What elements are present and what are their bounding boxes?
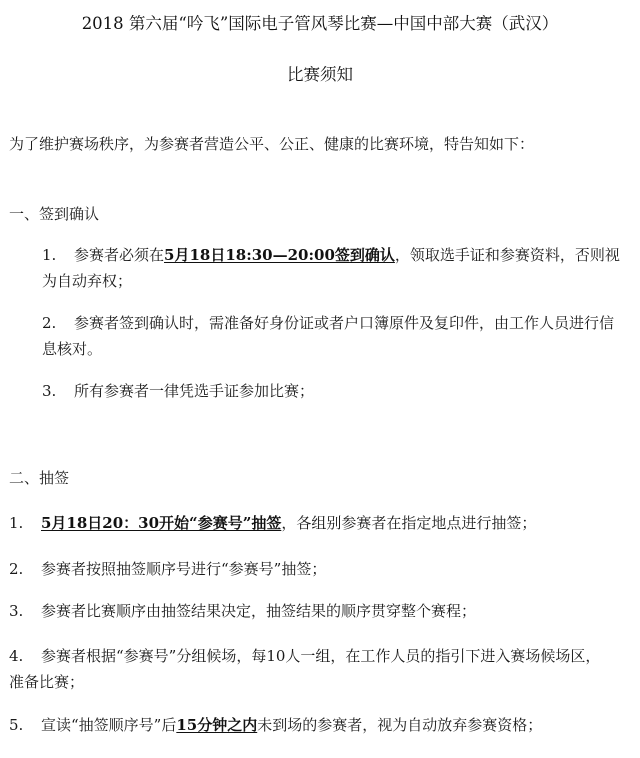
item-text-post: ，领取选手证和参赛资料，否则视: [395, 246, 620, 264]
checkin-time-emphasis: 5月18日18:30—20:00签到确认: [164, 246, 395, 264]
item-text-pre: 参赛者必须在: [74, 246, 164, 264]
item-text-continued: 息核对。: [42, 336, 632, 362]
section-heading-draw: 二、抽签: [9, 468, 69, 488]
item-number: 3.: [9, 598, 41, 624]
item-number: 2.: [9, 556, 41, 582]
item-number: 1.: [9, 510, 41, 536]
deadline-emphasis: 15分钟之内: [176, 716, 257, 734]
item-text: 所有参赛者一律凭选手证参加比赛；: [74, 382, 314, 400]
item-text-pre: 宣读“抽签顺序号”后: [41, 716, 176, 734]
checkin-item-2: 2.参赛者签到确认时，需准备好身份证或者户口簿原件及复印件，由工作人员进行信 息…: [42, 310, 632, 362]
checkin-item-1: 1.参赛者必须在5月18日18:30—20:00签到确认，领取选手证和参赛资料，…: [42, 242, 632, 294]
draw-time-emphasis: 5月18日20：30开始“参赛号”抽签: [41, 514, 281, 532]
draw-item-3: 3.参赛者比赛顺序由抽签结果决定，抽签结果的顺序贯穿整个赛程；: [9, 598, 634, 624]
item-number: 2.: [42, 310, 74, 336]
item-text: 参赛者比赛顺序由抽签结果决定，抽签结果的顺序贯穿整个赛程；: [41, 602, 476, 620]
item-text: 参赛者根据“参赛号”分组候场，每10人一组，在工作人员的指引下进入赛场候场区，: [41, 647, 600, 665]
item-number: 4.: [9, 643, 41, 669]
document-title: 2018 第六届“吟飞”国际电子管风琴比赛—中国中部大赛（武汉）: [0, 14, 640, 34]
item-text-post: ，各组别参赛者在指定地点进行抽签；: [281, 514, 536, 532]
section-heading-checkin: 一、签到确认: [9, 204, 99, 224]
draw-item-2: 2.参赛者按照抽签顺序号进行“参赛号”抽签；: [9, 556, 634, 582]
intro-paragraph: 为了维护赛场秩序，为参赛者营造公平、公正、健康的比赛环境，特告知如下：: [9, 134, 534, 154]
item-number: 5.: [9, 712, 41, 738]
draw-item-5: 5.宣读“抽签顺序号”后15分钟之内未到场的参赛者，视为自动放弃参赛资格；: [9, 712, 639, 738]
item-text-post: 未到场的参赛者，视为自动放弃参赛资格；: [257, 716, 542, 734]
draw-item-1: 1.5月18日20：30开始“参赛号”抽签，各组别参赛者在指定地点进行抽签；: [9, 510, 634, 536]
item-text: 参赛者按照抽签顺序号进行“参赛号”抽签；: [41, 560, 326, 578]
draw-item-4: 4.参赛者根据“参赛号”分组候场，每10人一组，在工作人员的指引下进入赛场候场区…: [9, 643, 639, 695]
item-text: 参赛者签到确认时，需准备好身份证或者户口簿原件及复印件，由工作人员进行信: [74, 314, 614, 332]
item-number: 3.: [42, 378, 74, 404]
checkin-item-3: 3.所有参赛者一律凭选手证参加比赛；: [42, 378, 632, 404]
item-text-continued: 为自动弃权；: [42, 268, 632, 294]
item-number: 1.: [42, 242, 74, 268]
item-text-continued: 准备比赛；: [9, 669, 639, 695]
document-subtitle: 比赛须知: [0, 65, 640, 85]
